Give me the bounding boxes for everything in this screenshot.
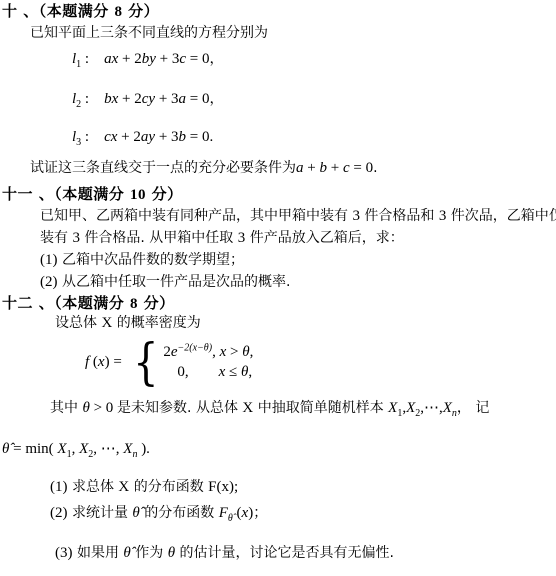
problem-12-header: 十二 、（本题满分 8 分） [2,294,175,314]
estimator-definition: θ̂ = min( X1, X2, ⋯, Xn ). [2,440,150,459]
density-piecewise-formula: f (x) = { 2e−2(x−θ), x > θ, 0,x ≤ θ, [85,337,253,387]
problem-10-conclusion: 试证这三条直线交于一点的充分必要条件为a + b + c = 0. [30,159,378,178]
problem-11-item-1: (1) 乙箱中次品件数的数学期望； [40,251,244,270]
formula-cases: 2e−2(x−θ), x > θ, 0,x ≤ θ, [163,344,253,381]
document-page: { "page": { "background": "#ffffff", "te… [0,0,556,576]
problem-12-intro: 设总体 X 的概率密度为 [55,314,201,333]
equation-l1: l1 : ax + 2by + 3c = 0， [72,50,224,69]
formula-case-2: 0,x ≤ θ, [163,364,253,381]
problem-10-header: 十 、（本题满分 8 分） [2,2,159,22]
problem-12-item-1: (1) 求总体 X 的分布函数 F(x); [50,478,238,497]
formula-case-1: 2e−2(x−θ), x > θ, [163,344,253,361]
problem-12-paragraph: 其中 θ > 0 是未知参数. 从总体 X 中抽取简单随机样本 X1,X2,⋯,… [50,399,489,418]
problem-11-header: 十一 、（本题满分 10 分） [2,185,183,205]
problem-12-item-3: (3) 如果用 θ̂ 作为 θ 的估计量，讨论它是否具有无偏性. [55,544,394,563]
problem-10-intro: 已知平面上三条不同直线的方程分别为 [30,25,268,43]
equation-l2: l2 : bx + 2cy + 3a = 0， [72,90,224,109]
formula-lhs: f (x) = [85,354,126,371]
problem-12-item-2: (2) 求统计量 θ̂ 的分布函数 Fθ̂ (x)； [50,504,267,523]
curly-brace: { [133,337,158,387]
problem-11-body-line2: 装有 3 件合格品. 从甲箱中任取 3 件产品放入乙箱后，求： [40,229,404,248]
equation-l3: l3 : cx + 2ay + 3b = 0. [72,128,213,147]
problem-11-body-line1: 已知甲、乙两箱中装有同种产品，其中甲箱中装有 3 件合格品和 3 件次品，乙箱中… [40,207,556,226]
problem-11-item-2: (2) 从乙箱中任取一件产品是次品的概率. [40,273,290,292]
